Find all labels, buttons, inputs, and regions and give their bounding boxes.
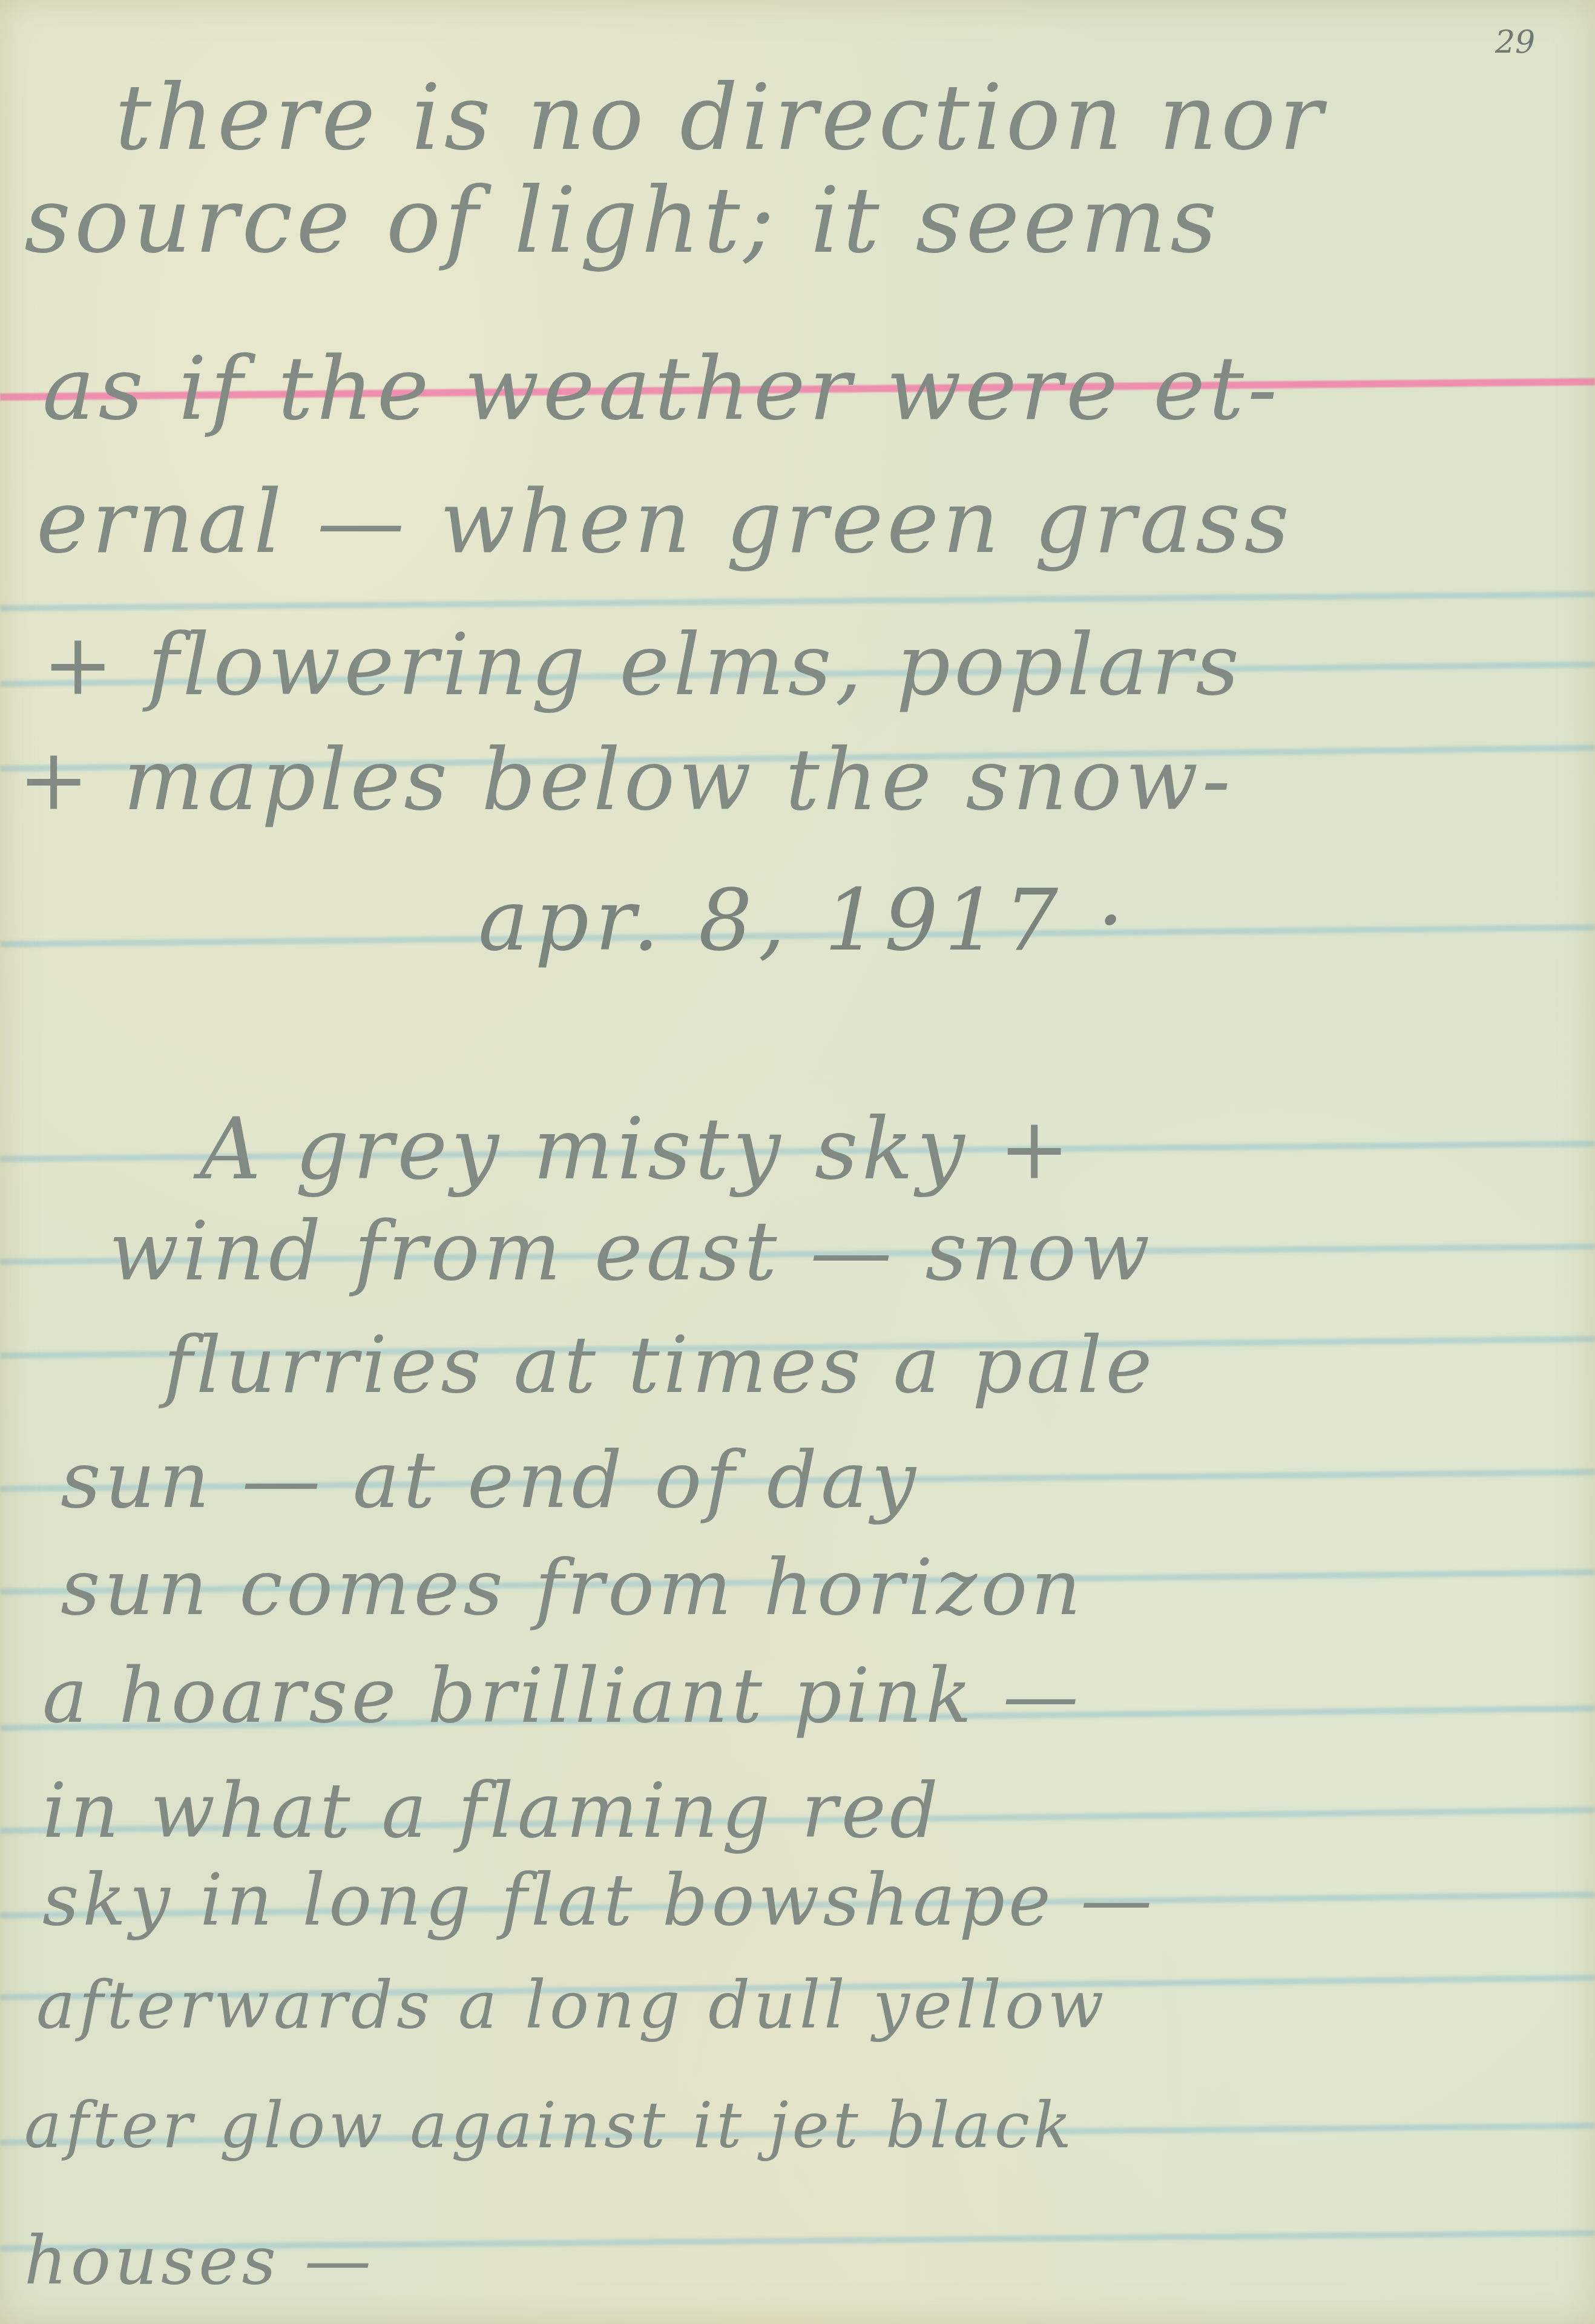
handwritten-line: sun — at end of day	[61, 1440, 919, 1519]
handwritten-line: afterwards a long dull yellow	[36, 1973, 1108, 2038]
entry-date: apr. 8, 1917 ·	[478, 871, 1130, 970]
handwritten-line: after glow against it jet black	[24, 2094, 1075, 2157]
handwritten-line: ernal — when green grass	[36, 478, 1293, 566]
handwritten-line: source of light; it seems	[24, 176, 1220, 266]
handwritten-line: sky in long flat bowshape —	[42, 1864, 1156, 1935]
handwritten-line: a hoarse brilliant pink —	[42, 1658, 1082, 1734]
handwritten-line: sun comes from horizon	[61, 1549, 1085, 1627]
handwritten-line: as if the weather were et-	[42, 345, 1281, 433]
handwritten-line: A grey misty sky +	[200, 1108, 1073, 1192]
ruled-line	[0, 591, 1595, 611]
page-number: 29	[1495, 24, 1535, 61]
handwritten-line: houses —	[24, 2227, 375, 2294]
notebook-page: 29 there is no direction nor source of l…	[0, 0, 1595, 2324]
handwritten-line: wind from east — snow	[109, 1210, 1154, 1292]
handwritten-line: + flowering elms, poplars	[42, 623, 1243, 708]
handwritten-line: + maples below the snow-	[18, 738, 1234, 823]
handwritten-line: flurries at times a pale	[163, 1325, 1156, 1404]
handwritten-line: in what a flaming red	[42, 1773, 942, 1849]
handwritten-line: there is no direction nor	[115, 73, 1326, 163]
